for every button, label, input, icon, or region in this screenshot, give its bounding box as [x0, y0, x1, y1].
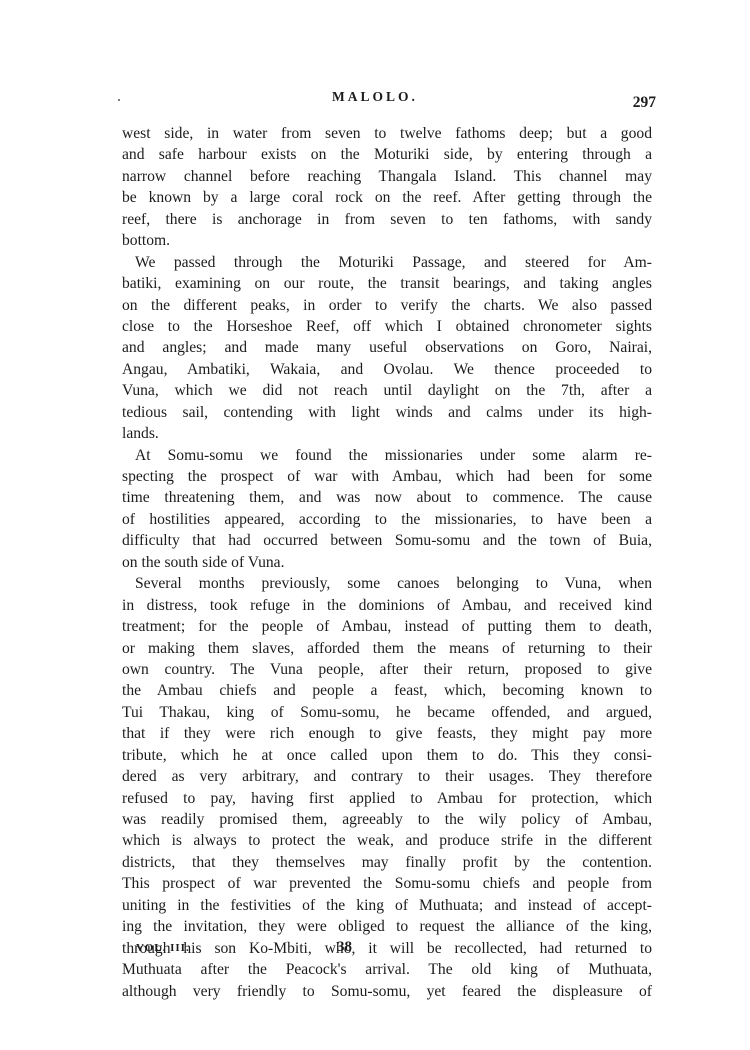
text-line: At Somu-somu we found the missionaries u…	[122, 445, 652, 466]
text-line: refused to pay, having first applied to …	[122, 788, 652, 809]
text-line: Angau, Ambatiki, Wakaia, and Ovolau. We …	[122, 359, 652, 380]
text-line: dered as very arbitrary, and contrary to…	[122, 766, 652, 787]
text-line: difficulty that had occurred between Som…	[122, 530, 652, 551]
text-line: time threatening them, and was now about…	[122, 487, 652, 508]
text-line: Several months previously, some canoes b…	[122, 573, 652, 594]
text-line: close to the Horseshoe Reef, off which I…	[122, 316, 652, 337]
text-line: or making them slaves, afforded them the…	[122, 638, 652, 659]
book-page: MALOLO. 297 west side, in water from sev…	[0, 0, 750, 1050]
text-line: Tui Thakau, king of Somu-somu, he became…	[122, 702, 652, 723]
text-line: west side, in water from seven to twelve…	[122, 123, 652, 144]
text-line: uniting in the festivities of the king o…	[122, 895, 652, 916]
text-line: lands.	[122, 423, 652, 444]
text-line: which is always to protect the weak, and…	[122, 830, 652, 851]
running-header: MALOLO. 297	[0, 89, 750, 111]
text-line: districts, that they themselves may fina…	[122, 852, 652, 873]
text-line: tribute, which he at once called upon th…	[122, 745, 652, 766]
signature-mark: 38	[337, 939, 352, 956]
text-line: in distress, took refuge in the dominion…	[122, 595, 652, 616]
text-line: treatment; for the people of Ambau, inst…	[122, 616, 652, 637]
text-line: bottom.	[122, 230, 652, 251]
paragraph: At Somu-somu we found the missionaries u…	[122, 445, 652, 574]
text-line: narrow channel before reaching Thangala …	[122, 166, 652, 187]
text-line: tedious sail, contending with light wind…	[122, 402, 652, 423]
text-line: reef, there is anchorage in from seven t…	[122, 209, 652, 230]
text-line: was readily promised them, agreeably to …	[122, 809, 652, 830]
text-line: We passed through the Moturiki Passage, …	[122, 252, 652, 273]
page-footer: VOL. III. 38	[0, 939, 750, 959]
body-text: west side, in water from seven to twelve…	[122, 123, 652, 1002]
text-line: batiki, examining on our route, the tran…	[122, 273, 652, 294]
text-line: This prospect of war prevented the Somu-…	[122, 873, 652, 894]
text-line: that if they were rich enough to give fe…	[122, 723, 652, 744]
text-line: the Ambau chiefs and people a feast, whi…	[122, 680, 652, 701]
text-line: although very friendly to Somu-somu, yet…	[122, 981, 652, 1002]
page-number: 297	[633, 94, 656, 112]
text-line: be known by a large coral rock on the re…	[122, 187, 652, 208]
text-line: of hostilities appeared, according to th…	[122, 509, 652, 530]
paragraph: We passed through the Moturiki Passage, …	[122, 252, 652, 445]
text-line: specting the prospect of war with Ambau,…	[122, 466, 652, 487]
text-line: on the south side of Vuna.	[122, 552, 652, 573]
text-line: Muthuata after the Peacock's arrival. Th…	[122, 959, 652, 980]
text-line: and angles; and made many useful observa…	[122, 337, 652, 358]
text-line: own country. The Vuna people, after thei…	[122, 659, 652, 680]
paragraph: west side, in water from seven to twelve…	[122, 123, 652, 252]
text-line: and safe harbour exists on the Moturiki …	[122, 144, 652, 165]
volume-signature: VOL. III.	[136, 942, 190, 954]
text-line: on the different peaks, in order to veri…	[122, 295, 652, 316]
text-line: ing the invitation, they were obliged to…	[122, 916, 652, 937]
text-line: Vuna, which we did not reach until dayli…	[122, 380, 652, 401]
paragraph: Several months previously, some canoes b…	[122, 573, 652, 1002]
